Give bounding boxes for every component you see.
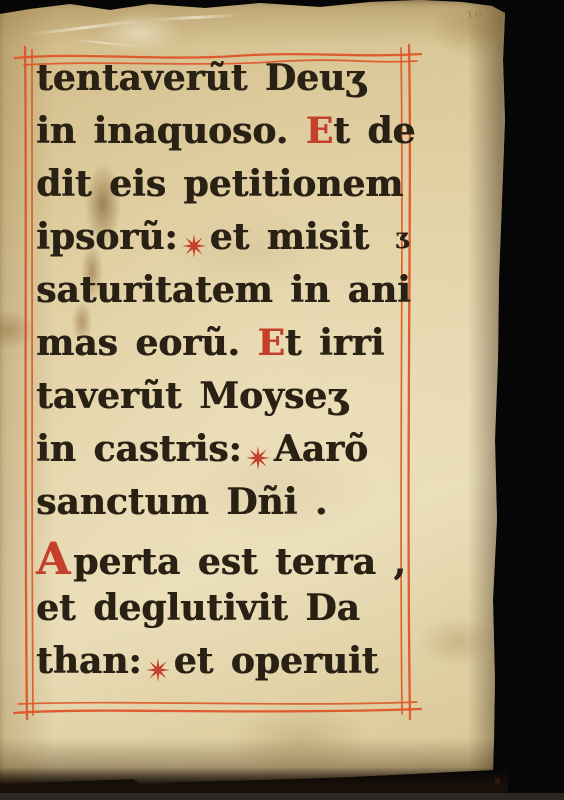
line-text: in inaquoso. bbox=[36, 110, 306, 152]
text-line: mas eorũ. Et irri bbox=[36, 322, 414, 375]
line-text: saturitatem in ani bbox=[36, 269, 411, 311]
line-text: ipsorũ: bbox=[36, 216, 178, 258]
text-line: dit eis petitionem bbox=[36, 163, 414, 216]
parchment-under-shadow bbox=[0, 767, 508, 793]
folio-number: 105 bbox=[466, 7, 493, 22]
line-text: et deglutivit Da bbox=[36, 587, 360, 629]
red-capital: E bbox=[257, 322, 284, 364]
text-line: saturitatem in ani bbox=[36, 269, 414, 322]
line-text: mas eorũ. bbox=[36, 322, 257, 364]
line-text: et misit bbox=[210, 216, 369, 258]
text-line: ipsorũ:et misitʒ bbox=[36, 216, 414, 269]
line-filler-mark: ʒ bbox=[396, 224, 409, 250]
photo-bottom-strip bbox=[0, 793, 564, 800]
line-text: Aarõ bbox=[274, 428, 368, 470]
line-text: et operuit bbox=[174, 640, 379, 682]
text-line: et deglutivit Da bbox=[36, 587, 414, 640]
red-capital: E bbox=[306, 110, 333, 152]
text-line: sanctum Dñi . bbox=[36, 481, 414, 534]
red-star-icon bbox=[246, 446, 270, 470]
text-line: taverũt Moyseʒ bbox=[36, 375, 414, 428]
line-text: dit eis petitionem bbox=[36, 163, 403, 205]
line-text: tentaverũt Deuʒ bbox=[36, 57, 366, 99]
text-line: tentaverũt Deuʒ bbox=[36, 57, 414, 110]
line-text: than: bbox=[36, 640, 142, 682]
line-text: t irri bbox=[285, 322, 384, 364]
red-initial-capital: A bbox=[36, 534, 70, 585]
text-block: tentaverũt Deuʒ in inaquoso. Et de dit e… bbox=[36, 57, 414, 693]
line-text: taverũt Moyseʒ bbox=[36, 375, 347, 417]
text-line: in inaquoso. Et de bbox=[36, 110, 414, 163]
text-line: Aperta est terra , bbox=[36, 534, 414, 587]
line-text: t de bbox=[333, 110, 415, 152]
line-text: sanctum Dñi . bbox=[36, 481, 327, 523]
line-text: perta est terra , bbox=[73, 541, 406, 583]
line-text: in castris: bbox=[36, 428, 242, 470]
text-line: in castris:Aarõ bbox=[36, 428, 414, 481]
red-star-icon bbox=[146, 658, 170, 682]
text-line: than:et operuit bbox=[36, 640, 414, 693]
manuscript-photo: tentaverũt Deuʒ in inaquoso. Et de dit e… bbox=[0, 0, 564, 800]
red-star-icon bbox=[182, 234, 206, 258]
